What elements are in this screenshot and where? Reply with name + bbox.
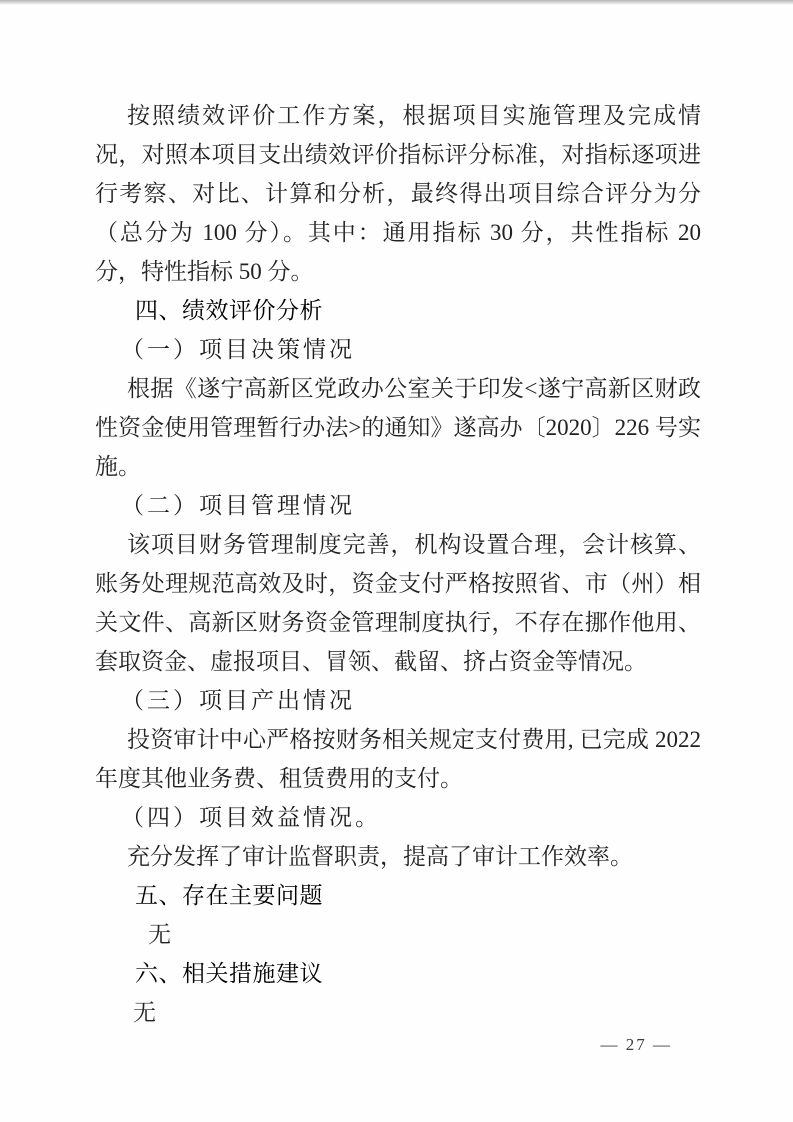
page-scan-edge	[0, 0, 793, 5]
subsection-heading-4-3-output: （三）项目产出情况	[95, 681, 701, 720]
section-heading-6-suggestions: 六、相关措施建议	[95, 954, 701, 993]
paragraph-project-decision: 根据《遂宁高新区党政办公室关于印发<遂宁高新区财政性资金使用管理暂行办法>的通知…	[95, 369, 701, 486]
subsection-heading-4-2-management: （二）项目管理情况	[95, 486, 701, 525]
paragraph-project-benefit: 充分发挥了审计监督职责，提高了审计工作效率。	[95, 837, 701, 876]
paragraph-project-management: 该项目财务管理制度完善，机构设置合理，会计核算、账务处理规范高效及时，资金支付严…	[95, 525, 701, 681]
subsection-heading-4-4-benefit: （四）项目效益情况。	[95, 798, 701, 837]
page-number: — 27 —	[601, 1034, 673, 1056]
section-heading-5-main-problems: 五、存在主要问题	[95, 876, 701, 915]
section-heading-4-performance-analysis: 四、绩效评价分析	[95, 291, 701, 330]
paragraph-none-section5: 无	[95, 915, 701, 954]
paragraph-project-output: 投资审计中心严格按财务相关规定支付费用, 已完成 2022 年度其他业务费、租赁…	[95, 720, 701, 798]
paragraph-evaluation-method: 按照绩效评价工作方案，根据项目实施管理及完成情况，对照本项目支出绩效评价指标评分…	[95, 96, 701, 291]
paragraph-none-section6: 无	[95, 993, 701, 1032]
document-content: 按照绩效评价工作方案，根据项目实施管理及完成情况，对照本项目支出绩效评价指标评分…	[95, 96, 701, 1032]
document-page: 按照绩效评价工作方案，根据项目实施管理及完成情况，对照本项目支出绩效评价指标评分…	[0, 0, 793, 1122]
subsection-heading-4-1-decision: （一）项目决策情况	[95, 330, 701, 369]
